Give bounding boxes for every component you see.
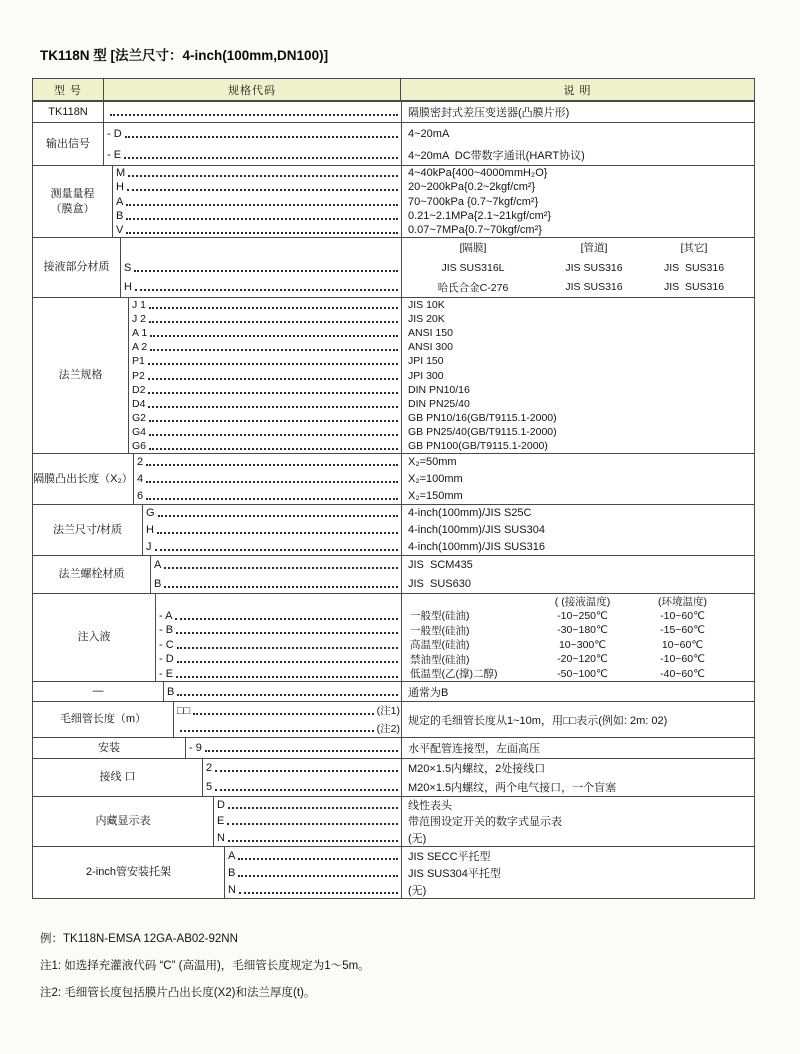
spec-code: D4: [132, 398, 145, 410]
spec-code: P1: [132, 355, 145, 367]
description-cell: -50~100℃: [535, 668, 630, 680]
spec-code: - B: [159, 624, 173, 636]
section-descriptions: 通常为B: [401, 682, 754, 701]
section-diaphragm-protrusion: 隔膜凸出长度（X₂）246X₂=50mmX₂=100mmX₂=150mm: [33, 453, 754, 504]
spec-description: DIN PN10/16: [402, 383, 754, 397]
dotted-leader: [164, 586, 398, 588]
section-conduit-connection: 接线 口25M20×1.5内螺纹，2处接线口M20×1.5内螺纹，两个电气接口，…: [33, 758, 754, 796]
description-cell: -40~60℃: [630, 668, 735, 680]
dotted-leader: [177, 694, 398, 696]
spec-description: 4-inch(100mm)/JIS SUS316: [402, 538, 754, 555]
section-codes: DEN: [214, 797, 401, 846]
spec-description: X₂=50mm: [402, 454, 754, 471]
code-line: A 2: [129, 340, 401, 354]
dotted-leader: [150, 349, 398, 351]
spec-code: A: [116, 196, 123, 208]
dotted-leader: [149, 420, 398, 422]
spec-description: ANSI 300: [402, 340, 754, 354]
code-line: A: [151, 556, 401, 575]
code-line: P2: [129, 368, 401, 382]
section-descriptions: 水平配管连接型，左面高压: [401, 738, 754, 758]
spec-code: - D: [107, 128, 122, 140]
description-cell: [管道]: [544, 240, 644, 255]
dotted-leader: [126, 232, 398, 234]
section-descriptions: 4~40kPa{400~4000mmH₂O}20~200kPa{0.2~2kgf…: [401, 166, 754, 237]
code-line: N: [225, 881, 401, 898]
spec-code: - D: [159, 653, 174, 665]
spec-description: DIN PN25/40: [402, 397, 754, 411]
spec-description: 0.07~7MPa{0.7~70kgf/cm²}: [402, 223, 754, 237]
dotted-leader: [158, 515, 398, 517]
dotted-leader: [148, 392, 398, 394]
section-codes: J 1J 2A 1A 2P1P2D2D4G2G4G6: [129, 298, 401, 453]
spec-description: X₂=100mm: [402, 471, 754, 488]
dotted-leader: [149, 448, 398, 450]
section-descriptions: 4-inch(100mm)/JIS S25C4-inch(100mm)/JIS …: [401, 505, 754, 555]
spec-description: (无): [402, 830, 754, 846]
section-codes: 25: [203, 759, 401, 796]
code-line: (注2): [174, 720, 401, 738]
section-dash: —B通常为B: [33, 681, 754, 701]
code-line: - E: [104, 144, 401, 165]
description-cell: -20~120℃: [535, 653, 630, 665]
description-cell: 一般型(硅油): [402, 608, 535, 623]
section-codes: - D- E: [104, 123, 401, 165]
description-grid-line: 一般型(硅油)-30~180℃-15~60℃: [402, 623, 754, 638]
code-line: □□(注1): [174, 702, 401, 720]
dotted-leader: [148, 406, 398, 408]
spec-code: H: [124, 281, 132, 293]
code-line: - E: [156, 667, 401, 682]
section-label: 毛细管长度（m）: [33, 702, 174, 737]
code-line: - B: [156, 623, 401, 638]
spec-code: A 2: [132, 341, 147, 353]
description-cell: 禁油型(硅油): [402, 652, 535, 667]
code-line: 2: [134, 454, 401, 471]
code-line: [104, 102, 401, 122]
description-cell: [其它]: [644, 240, 744, 255]
section-label: TK118N: [33, 102, 104, 122]
spec-description: 70~700kPa {0.7~7kgf/cm²}: [402, 194, 754, 208]
dotted-leader: [126, 218, 398, 220]
code-line: D2: [129, 383, 401, 397]
section-label: 法兰尺寸/材质: [33, 505, 143, 555]
description-cell: 10~60℃: [630, 639, 735, 651]
code-line: G4: [129, 425, 401, 439]
description-grid-line: 高温型(硅油)10~300℃10~60℃: [402, 638, 754, 653]
code-line: P1: [129, 354, 401, 368]
spec-table: 型 号 规格代码 说 明 TK118N隔膜密封式差压变送器(凸膜片形)输出信号-…: [32, 78, 755, 899]
spec-code: B: [116, 210, 123, 222]
dotted-leader: [177, 647, 398, 649]
section-fill-fluid: 注入液- A- B- C- D- E( (接液温度)(环境温度)一般型(硅油)-…: [33, 593, 754, 681]
section-built-in-indicator: 内藏显示表DEN线性表头带范围设定开关的数字式显示表(无): [33, 796, 754, 846]
spec-description: 隔膜密封式差压变送器(凸膜片形): [402, 102, 754, 122]
code-line: 6: [134, 487, 401, 504]
spec-description: JIS SECC平托型: [402, 847, 754, 864]
spec-description: GB PN25/40(GB/T9115.1-2000): [402, 425, 754, 439]
section-label: 接线 口: [33, 759, 203, 796]
section-descriptions: ( (接液温度)(环境温度)一般型(硅油)-10~250℃-10~60℃一般型(…: [401, 594, 754, 681]
dotted-leader: [215, 770, 398, 772]
spec-code: J: [146, 541, 152, 553]
table-header-row: 型 号 规格代码 说 明: [33, 79, 754, 101]
section-descriptions: X₂=50mmX₂=100mmX₂=150mm: [401, 454, 754, 504]
code-line: G: [143, 505, 401, 522]
spec-code: - E: [159, 668, 173, 680]
description-cell: -30~180℃: [535, 624, 630, 636]
description-grid-line: JIS SUS316LJIS SUS316JIS SUS316: [402, 258, 754, 278]
spec-description: 4-inch(100mm)/JIS S25C: [402, 505, 754, 522]
spec-code: N: [217, 832, 225, 844]
spec-code: 2: [137, 456, 143, 468]
section-codes: GHJ: [143, 505, 401, 555]
description-grid-line: 禁油型(硅油)-20~120℃-10~60℃: [402, 652, 754, 667]
section-measuring-range: 测量量程 （膜盒）MHABV4~40kPa{400~4000mmH₂O}20~2…: [33, 165, 754, 237]
header-spec-code: 规格代码: [104, 79, 401, 100]
description-cell: 低温型(乙(撑)二醇): [402, 666, 535, 681]
section-descriptions: 线性表头带范围设定开关的数字式显示表(无): [401, 797, 754, 846]
code-line: H: [113, 180, 401, 194]
spec-code: G6: [132, 440, 146, 452]
section-label: 隔膜凸出长度（X₂）: [33, 454, 134, 504]
code-line: G6: [129, 439, 401, 453]
spec-code: V: [116, 224, 123, 236]
section-descriptions: 规定的毛细管长度从1~10m，用□□表示(例如: 2m: 02): [401, 702, 754, 737]
spec-description: ANSI 150: [402, 326, 754, 340]
code-line: E: [214, 813, 401, 829]
code-line: V: [113, 223, 401, 237]
spec-code: □□: [177, 705, 190, 717]
section-flange-standard: 法兰规格J 1J 2A 1A 2P1P2D2D4G2G4G6JIS 10KJIS…: [33, 297, 754, 453]
dotted-leader: [110, 114, 398, 116]
dotted-leader: [124, 157, 398, 159]
section-label: 注入液: [33, 594, 156, 681]
spec-code: 4: [137, 473, 143, 485]
spec-code: 5: [206, 781, 212, 793]
description-grid-line: [隔膜][管道][其它]: [402, 238, 754, 258]
section-model: TK118N隔膜密封式差压变送器(凸膜片形): [33, 101, 754, 122]
code-line: J 1: [129, 298, 401, 312]
section-label: 输出信号: [33, 123, 104, 165]
spec-code: B: [154, 578, 161, 590]
section-label: 法兰螺栓材质: [33, 556, 151, 593]
code-line: - D: [156, 652, 401, 667]
section-wetted-material: 接液部分材质SH[隔膜][管道][其它]JIS SUS316LJIS SUS31…: [33, 237, 754, 297]
section-codes: SH: [121, 238, 401, 297]
code-line: J 2: [129, 312, 401, 326]
spec-code: G: [146, 507, 155, 519]
spec-description: 规定的毛细管长度从1~10m，用□□表示(例如: 2m: 02): [402, 702, 754, 737]
dotted-leader: [205, 750, 398, 752]
dotted-leader: [128, 175, 398, 177]
code-line: J: [143, 538, 401, 555]
code-line: B: [151, 575, 401, 594]
spec-code: N: [228, 884, 236, 896]
spec-code: A: [228, 850, 235, 862]
spec-code: - E: [107, 149, 121, 161]
spec-code: P2: [132, 370, 145, 382]
section-label: 安装: [33, 738, 186, 758]
section-pipe-mounting-bracket: 2-inch管安装托架ABNJIS SECC平托型JIS SUS304平托型(无…: [33, 846, 754, 898]
dotted-leader: [177, 661, 398, 663]
code-line: H: [121, 277, 401, 297]
section-label: —: [33, 682, 164, 701]
note-ref: (注1): [377, 703, 401, 718]
code-line: [121, 238, 401, 258]
section-codes: 246: [134, 454, 401, 504]
description-cell: 哈氏合金C-276: [402, 280, 544, 295]
section-codes: - A- B- C- D- E: [156, 594, 401, 681]
spec-code: H: [116, 181, 124, 193]
code-line: G2: [129, 411, 401, 425]
dotted-leader: [146, 464, 398, 466]
dotted-leader: [176, 632, 398, 634]
spec-description: JIS SUS304平托型: [402, 864, 754, 881]
section-codes: - 9: [186, 738, 401, 758]
spec-description: M20×1.5内螺纹，2处接线口: [402, 759, 754, 778]
spec-description: (无): [402, 881, 754, 898]
dotted-leader: [125, 136, 398, 138]
description-cell: -10~60℃: [630, 610, 735, 622]
spec-code: D2: [132, 384, 145, 396]
note1-line: 注1: 如选择充灌液代码 “C” (高温用)，毛细管长度规定为1～5m。: [40, 957, 370, 973]
section-codes: MHABV: [113, 166, 401, 237]
code-line: A 1: [129, 326, 401, 340]
dotted-leader: [149, 321, 398, 323]
code-line: N: [214, 830, 401, 846]
spec-code: S: [124, 262, 131, 274]
code-line: 2: [203, 759, 401, 778]
spec-description: 线性表头: [402, 797, 754, 813]
spec-table-body: TK118N隔膜密封式差压变送器(凸膜片形)输出信号- D- E4~20mA4~…: [33, 101, 754, 898]
dotted-leader: [146, 481, 398, 483]
code-line: D4: [129, 397, 401, 411]
section-label: 内藏显示表: [33, 797, 214, 846]
code-line: S: [121, 258, 401, 278]
spec-description: JPI 300: [402, 368, 754, 382]
code-line: A: [225, 847, 401, 864]
dotted-leader: [238, 875, 398, 877]
spec-description: 0.21~2.1MPa{2.1~21kgf/cm²}: [402, 209, 754, 223]
section-codes: ABN: [225, 847, 401, 898]
doc-title: TK118N 型 [法兰尺寸：4-inch(100mm,DN100)]: [40, 44, 328, 64]
spec-code: 6: [137, 490, 143, 502]
note-ref: (注2): [377, 721, 401, 736]
section-descriptions: JIS SCM435JIS SUS630: [401, 556, 754, 593]
spec-description: GB PN10/16(GB/T9115.1-2000): [402, 411, 754, 425]
spec-code: M: [116, 167, 125, 179]
dotted-leader: [228, 807, 398, 809]
code-line: - D: [104, 123, 401, 144]
spec-code: B: [228, 867, 235, 879]
dotted-leader: [175, 618, 398, 620]
header-model: 型 号: [33, 79, 104, 100]
dotted-leader: [193, 713, 373, 715]
description-grid-line: 哈氏合金C-276JIS SUS316JIS SUS316: [402, 277, 754, 297]
section-codes: [104, 102, 401, 122]
spec-description: 水平配管连接型，左面高压: [402, 738, 754, 758]
section-mounting: 安装- 9水平配管连接型，左面高压: [33, 737, 754, 758]
dotted-leader: [150, 335, 398, 337]
spec-description: 通常为B: [402, 682, 754, 701]
description-grid-line: 一般型(硅油)-10~250℃-10~60℃: [402, 609, 754, 624]
code-line: D: [214, 797, 401, 813]
code-line: B: [225, 864, 401, 881]
dotted-leader: [157, 532, 398, 534]
code-line: A: [113, 194, 401, 208]
spec-code: A: [154, 559, 161, 571]
spec-code: D: [217, 799, 225, 811]
description-cell: JIS SUS316L: [402, 262, 544, 274]
dotted-leader: [180, 730, 374, 732]
spec-description: JIS 20K: [402, 312, 754, 326]
spec-description: M20×1.5内螺纹，两个电气接口，一个盲塞: [402, 778, 754, 797]
code-line: H: [143, 522, 401, 539]
dotted-leader: [134, 270, 398, 272]
spec-description: JPI 150: [402, 354, 754, 368]
spec-description: 带范围设定开关的数字式显示表: [402, 813, 754, 829]
section-flange-size-material: 法兰尺寸/材质GHJ4-inch(100mm)/JIS S25C4-inch(1…: [33, 504, 754, 555]
dotted-leader: [149, 434, 398, 436]
spec-code: E: [217, 815, 224, 827]
description-cell: -10~250℃: [535, 610, 630, 622]
spec-description: 4-inch(100mm)/JIS SUS304: [402, 522, 754, 539]
description-cell: -15~60℃: [630, 624, 735, 636]
spec-description: JIS SCM435: [402, 556, 754, 575]
description-cell: -10~60℃: [630, 653, 735, 665]
dotted-leader: [135, 289, 398, 291]
description-cell: 高温型(硅油): [402, 637, 535, 652]
spec-code: G2: [132, 412, 146, 424]
code-line: - A: [156, 609, 401, 624]
spec-description: GB PN100(GB/T9115.1-2000): [402, 439, 754, 453]
section-label: 接液部分材质: [33, 238, 121, 297]
note2-line: 注2: 毛细管长度包括膜片凸出长度(X2)和法兰厚度(t)。: [40, 984, 370, 1000]
spec-code: G4: [132, 426, 146, 438]
spec-code: - A: [159, 610, 172, 622]
section-descriptions: JIS 10KJIS 20KANSI 150ANSI 300JPI 150JPI…: [401, 298, 754, 453]
spec-description: 20~200kPa{0.2~2kgf/cm²}: [402, 180, 754, 194]
dotted-leader: [148, 363, 398, 365]
spec-description: 4~20mA DC带数字通讯(HART协议): [402, 144, 754, 165]
spec-code: J 1: [132, 299, 146, 311]
code-line: - C: [156, 638, 401, 653]
code-line: 5: [203, 778, 401, 797]
spec-description: JIS 10K: [402, 298, 754, 312]
code-line: [156, 594, 401, 609]
dotted-leader: [148, 378, 398, 380]
footnotes: 例：TK118N-EMSA 12GA-AB02-92NN 注1: 如选择充灌液代…: [40, 930, 370, 1011]
spec-code: A 1: [132, 327, 147, 339]
description-cell: 一般型(硅油): [402, 623, 535, 638]
description-cell: JIS SUS316: [544, 281, 644, 293]
section-capillary-length: 毛细管长度（m）□□(注1)(注2)规定的毛细管长度从1~10m，用□□表示(例…: [33, 701, 754, 737]
spec-description: 4~40kPa{400~4000mmH₂O}: [402, 166, 754, 180]
section-descriptions: 4~20mA4~20mA DC带数字通讯(HART协议): [401, 123, 754, 165]
code-line: M: [113, 166, 401, 180]
spec-code: J 2: [132, 313, 146, 325]
spec-description: 4~20mA: [402, 123, 754, 144]
spec-code: H: [146, 524, 154, 536]
page: TK118N 型 [法兰尺寸：4-inch(100mm,DN100)] 型 号 …: [0, 0, 800, 1054]
dotted-leader: [238, 858, 398, 860]
dotted-leader: [215, 789, 398, 791]
dotted-leader: [149, 307, 398, 309]
section-output-signal: 输出信号- D- E4~20mA4~20mA DC带数字通讯(HART协议): [33, 122, 754, 165]
dotted-leader: [146, 498, 398, 500]
code-line: B: [113, 209, 401, 223]
dotted-leader: [155, 549, 399, 551]
section-descriptions: M20×1.5内螺纹，2处接线口M20×1.5内螺纹，两个电气接口，一个盲塞: [401, 759, 754, 796]
code-line: - 9: [186, 738, 401, 758]
spec-code: - 9: [189, 742, 202, 754]
code-line: B: [164, 682, 401, 701]
description-grid-line: ( (接液温度)(环境温度): [402, 594, 754, 609]
spec-description: X₂=150mm: [402, 487, 754, 504]
dotted-leader: [228, 840, 398, 842]
section-label: 测量量程 （膜盒）: [33, 166, 113, 237]
spec-code: - C: [159, 639, 174, 651]
description-cell: ( (接液温度): [535, 594, 630, 609]
description-grid-line: 低温型(乙(撑)二醇)-50~100℃-40~60℃: [402, 667, 754, 682]
section-label: 法兰规格: [33, 298, 129, 453]
section-codes: AB: [151, 556, 401, 593]
dotted-leader: [176, 676, 398, 678]
header-description: 说 明: [401, 79, 754, 100]
section-descriptions: JIS SECC平托型JIS SUS304平托型(无): [401, 847, 754, 898]
description-cell: 10~300℃: [535, 639, 630, 651]
example-line: 例：TK118N-EMSA 12GA-AB02-92NN: [40, 930, 370, 946]
dotted-leader: [227, 823, 398, 825]
dotted-leader: [127, 189, 398, 191]
section-codes: B: [164, 682, 401, 701]
description-cell: JIS SUS316: [544, 262, 644, 274]
section-descriptions: [隔膜][管道][其它]JIS SUS316LJIS SUS316JIS SUS…: [401, 238, 754, 297]
spec-code: B: [167, 686, 174, 698]
dotted-leader: [239, 892, 398, 894]
dotted-leader: [126, 204, 398, 206]
section-descriptions: 隔膜密封式差压变送器(凸膜片形): [401, 102, 754, 122]
description-cell: JIS SUS316: [644, 281, 744, 293]
description-cell: (环境温度): [630, 594, 735, 609]
spec-description: JIS SUS630: [402, 575, 754, 594]
description-cell: [隔膜]: [402, 240, 544, 255]
section-codes: □□(注1)(注2): [174, 702, 401, 737]
spec-code: 2: [206, 762, 212, 774]
section-label: 2-inch管安装托架: [33, 847, 225, 898]
code-line: 4: [134, 471, 401, 488]
description-cell: JIS SUS316: [644, 262, 744, 274]
dotted-leader: [164, 567, 398, 569]
section-flange-bolt-material: 法兰螺栓材质ABJIS SCM435JIS SUS630: [33, 555, 754, 593]
